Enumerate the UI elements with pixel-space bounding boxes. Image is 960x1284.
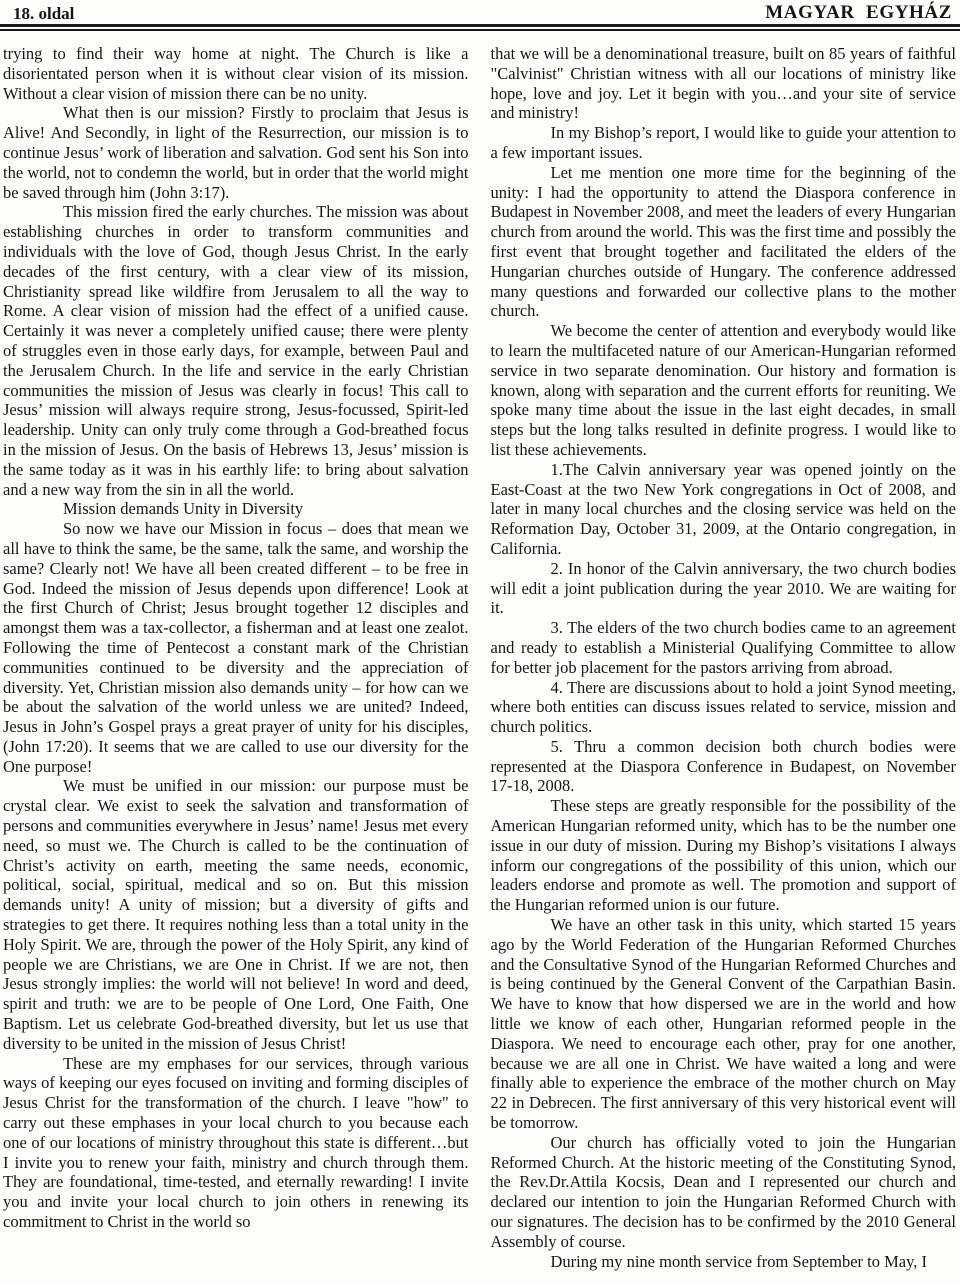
- paragraph: Our church has officially voted to join …: [491, 1133, 957, 1252]
- header-divider-rule: [0, 24, 960, 31]
- paragraph: We must be unified in our mission: our p…: [3, 776, 469, 1053]
- paragraph: We become the center of attention and ev…: [491, 321, 957, 460]
- right-column: that we will be a denominational treasur…: [491, 44, 957, 1271]
- paragraph: So now we have our Mission in focus – do…: [3, 519, 469, 776]
- article-body: trying to find their way home at night. …: [0, 31, 960, 1271]
- left-column: trying to find their way home at night. …: [3, 44, 469, 1271]
- page-number-label: 18. oldal: [13, 4, 74, 23]
- publication-title: MAGYAR EGYHÁZ: [765, 3, 952, 23]
- paragraph: What then is our mission? Firstly to pro…: [3, 103, 469, 202]
- paragraph: 3. The elders of the two church bodies c…: [491, 618, 957, 677]
- paragraph: This mission fired the early churches. T…: [3, 202, 469, 499]
- paragraph: We have an other task in this unity, whi…: [491, 915, 957, 1133]
- paragraph: trying to find their way home at night. …: [3, 44, 469, 103]
- paragraph: 1.The Calvin anniversary year was opened…: [491, 460, 957, 559]
- document-page: 18. oldal MAGYAR EGYHÁZ trying to find t…: [0, 0, 960, 1284]
- paragraph: Let me mention one more time for the beg…: [491, 163, 957, 321]
- paragraph: Mission demands Unity in Diversity: [3, 499, 469, 519]
- paragraph: In my Bishop’s report, I would like to g…: [491, 123, 957, 163]
- page-header: 18. oldal MAGYAR EGYHÁZ: [0, 0, 960, 23]
- paragraph: that we will be a denominational treasur…: [491, 44, 957, 123]
- paragraph: These are my emphases for our services, …: [3, 1054, 469, 1232]
- paragraph: 5. Thru a common decision both church bo…: [491, 737, 957, 796]
- paragraph: These steps are greatly responsible for …: [491, 796, 957, 915]
- paragraph: 4. There are discussions about to hold a…: [491, 678, 957, 737]
- paragraph: 2. In honor of the Calvin anniversary, t…: [491, 559, 957, 618]
- paragraph: During my nine month service from Septem…: [491, 1252, 957, 1272]
